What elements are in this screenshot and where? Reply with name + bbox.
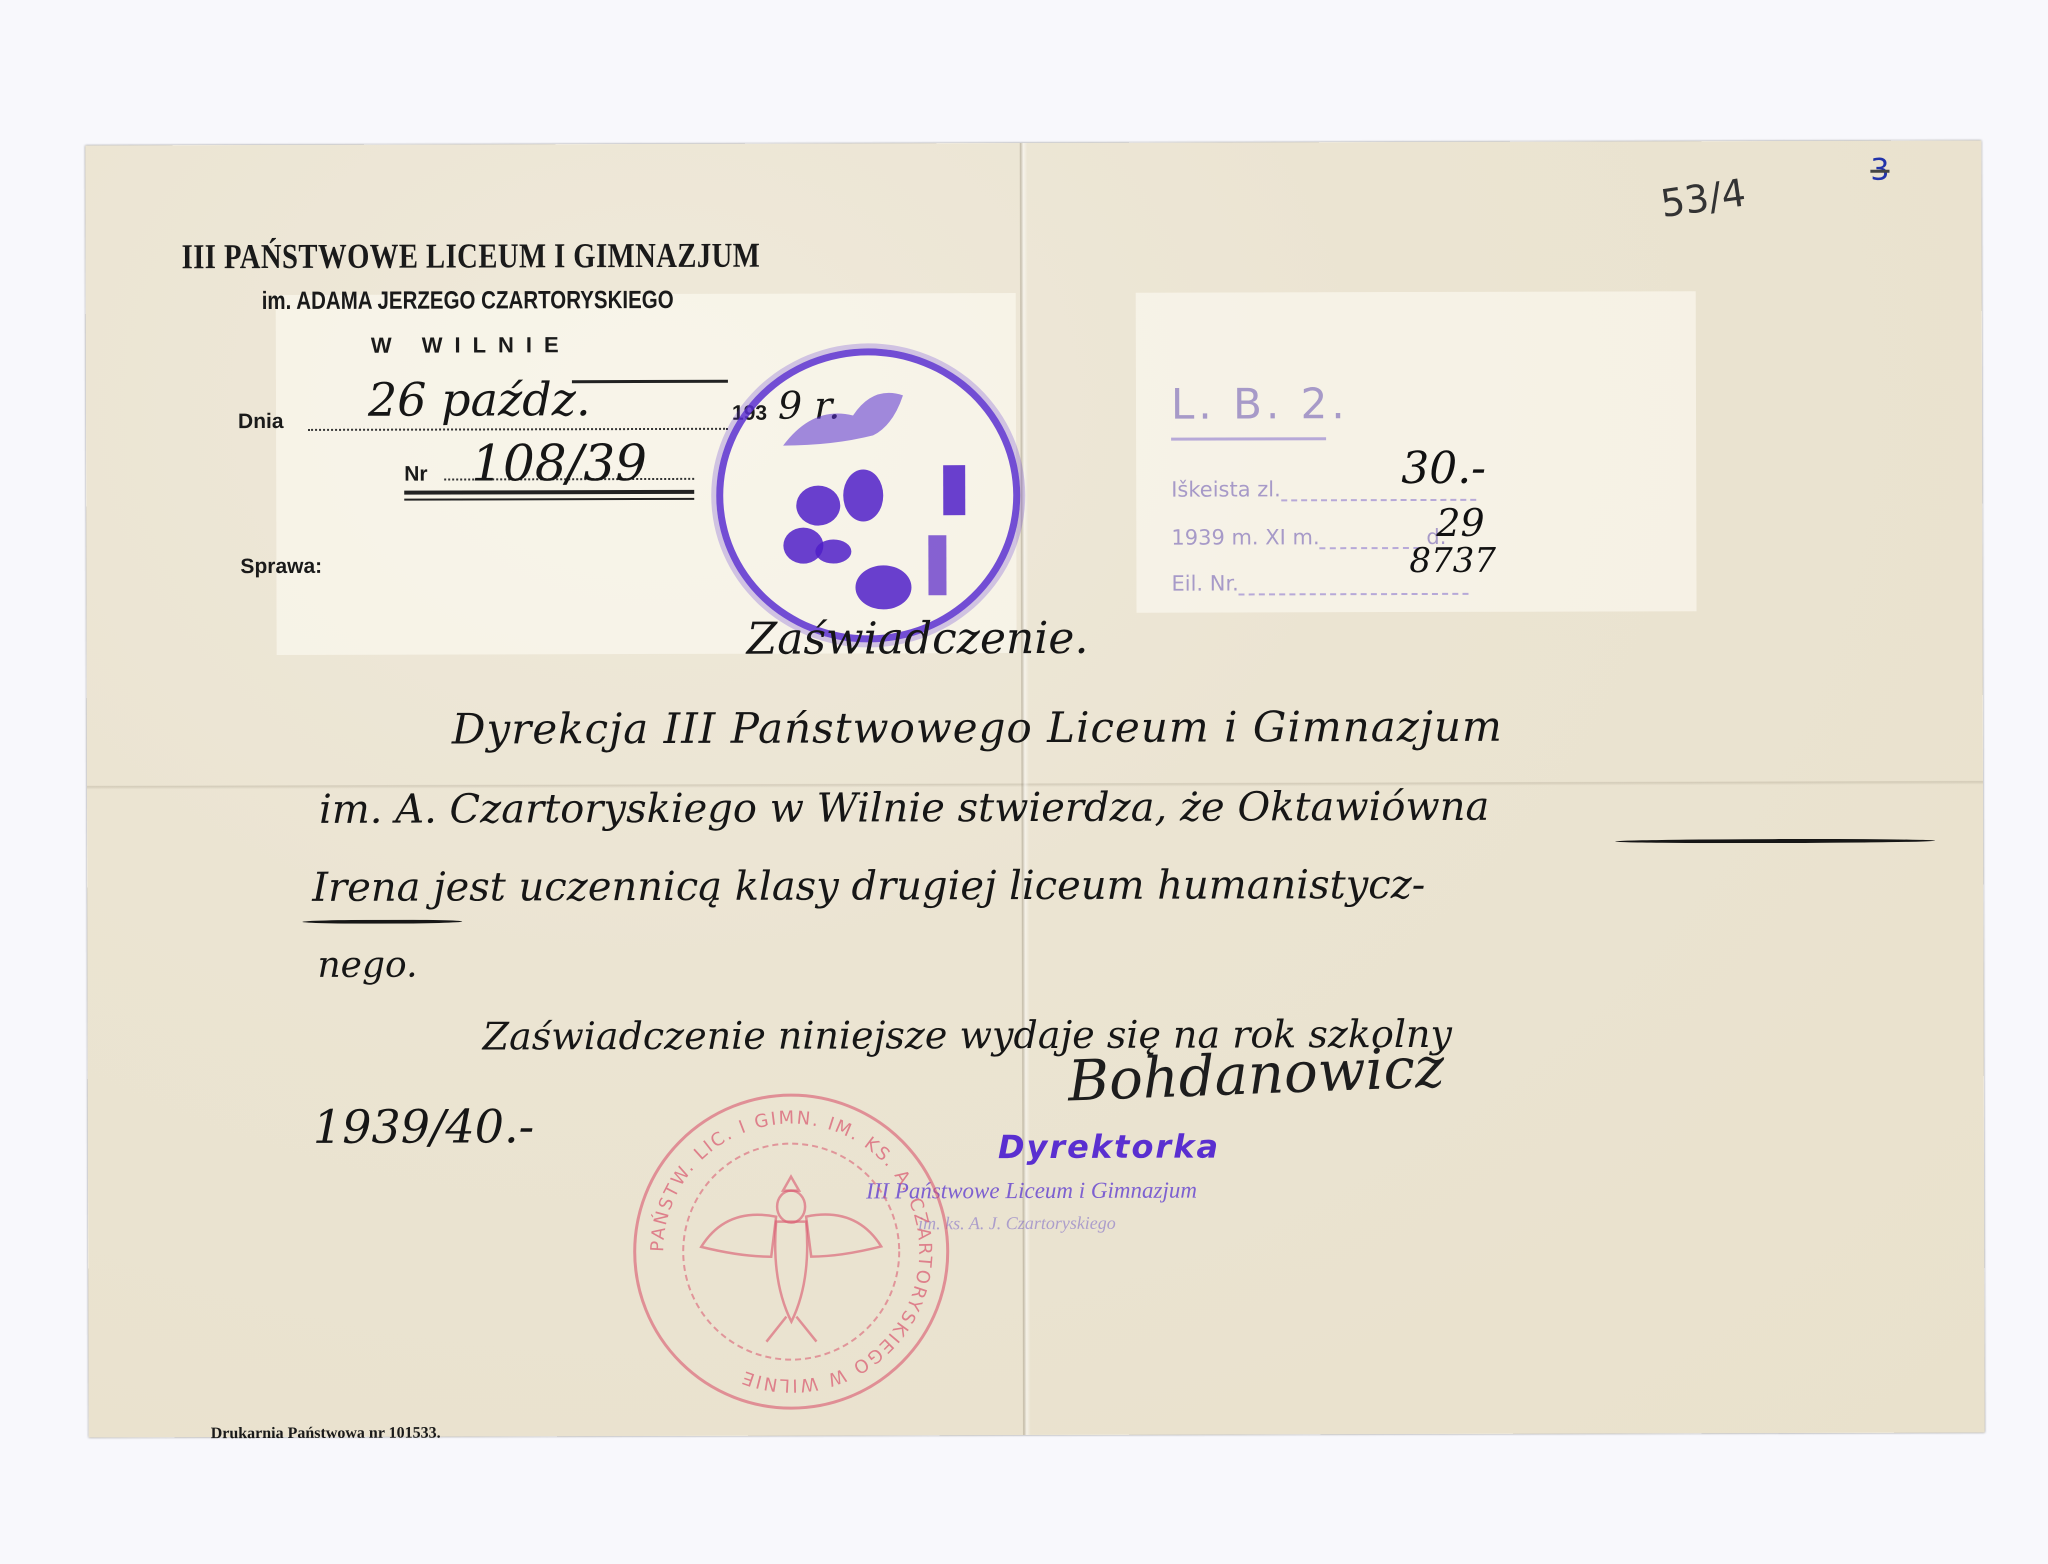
registration-amount-value: 30.- [1401, 443, 1486, 494]
director-signature: Bohdanowicz [1067, 1035, 1446, 1114]
date-rule [572, 380, 728, 383]
registration-date-label: 1939 m. XI m. [1171, 525, 1319, 549]
body-line-6: 1939/40.- [313, 1099, 534, 1154]
official-seal: PAŃSTW. LIC. I GIMN. IM. KS. A. CZARTORY… [633, 1093, 950, 1410]
subject-label: Sprawa: [240, 555, 322, 579]
registration-stamp-title: L. B. 2. [1171, 379, 1349, 428]
firstname-underline [302, 919, 462, 923]
number-label: Nr [404, 463, 427, 487]
body-line-2: im. A. Czartoryskiego w Wilnie stwierdza… [319, 784, 1489, 833]
date-handwritten: 26 paźdz. [368, 372, 591, 427]
certificate-heading: Zaświadczenie. [747, 613, 1089, 665]
name-underline [1615, 839, 1935, 844]
registration-row-date: 1939 m. XI m. d. [1171, 525, 1446, 550]
archive-blue-number: 3 [1870, 153, 1889, 188]
number-rule-1 [404, 490, 694, 495]
printer-imprint: Drukarnia Państwowa nr 101533. [211, 1425, 441, 1444]
registration-stamp-rule [1171, 437, 1326, 440]
archive-number: 53/4 [1658, 170, 1749, 226]
director-stamp-title: Dyrektorka [998, 1128, 1220, 1167]
document-sheet: III PAŃSTWOWE LICEUM I GIMNAZJUM im. ADA… [85, 141, 1984, 1438]
crest-stamp [716, 348, 1021, 643]
letterhead-subtitle: im. ADAMA JERZEGO CZARTORYSKIEGO [262, 286, 674, 316]
number-handwritten: 108/39 [471, 434, 647, 492]
registration-day-value: 29 [1436, 501, 1484, 545]
registration-amount-label: Iškeista zl. [1171, 477, 1281, 501]
body-line-1: Dyrekcja III Państwowego Liceum i Gimnaz… [452, 702, 1503, 754]
eagle-emblem-icon: PAŃSTW. LIC. I GIMN. IM. KS. A. CZARTORY… [636, 1096, 947, 1407]
letterhead-city: W WILNIE [371, 332, 571, 359]
date-label: Dnia [238, 410, 284, 434]
registration-number-value: 8737 [1409, 541, 1496, 581]
letterhead-title: III PAŃSTWOWE LICEUM I GIMNAZJUM [182, 236, 761, 278]
svg-text:PAŃSTW. LIC. I GIMN. IM. KS. A: PAŃSTW. LIC. I GIMN. IM. KS. A. CZARTORY… [647, 1107, 936, 1396]
registration-number-label: Eil. Nr. [1171, 571, 1238, 595]
body-line-4: nego. [317, 945, 417, 986]
body-line-3: Irena jest uczennicą klasy drugiej liceu… [312, 862, 1425, 911]
crest-stamp-emblem-icon [723, 355, 1014, 636]
registration-stamp: L. B. 2. Iškeista zl. 1939 m. XI m. d. E… [1171, 378, 1612, 609]
